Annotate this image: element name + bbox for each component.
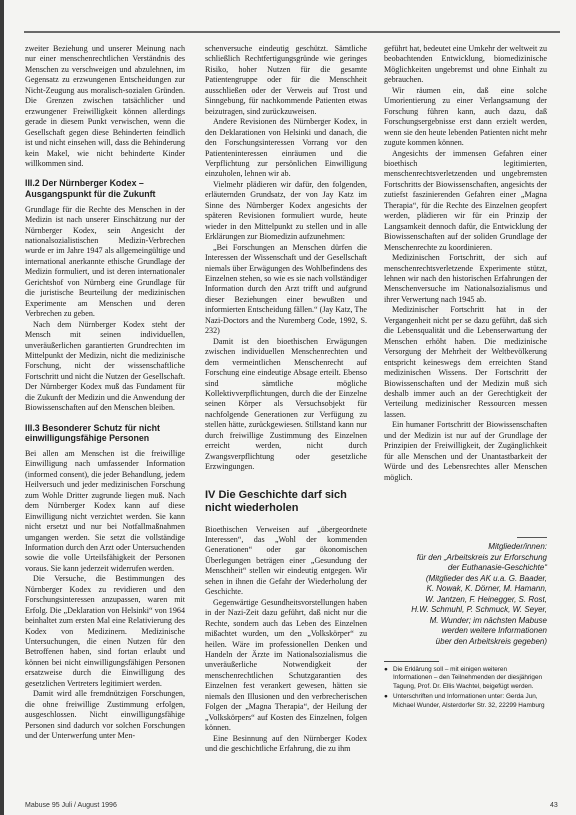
page-binding-edge — [0, 0, 4, 815]
bullet-icon: ● — [384, 693, 388, 701]
signature-line: H.W. Schmuhl, P. Schmuck, W. Seyer, — [384, 605, 547, 616]
paragraph: zweiter Beziehung und unserer Meinung na… — [25, 44, 185, 169]
signature-rule — [517, 537, 547, 538]
paragraph: Wir räumen ein, daß eine solche Umorient… — [384, 86, 547, 149]
column-1: zweiter Beziehung und unserer Meinung na… — [25, 44, 185, 742]
paragraph: Andere Revisionen des Nürnberger Kodex, … — [205, 117, 367, 180]
paragraph: Vielmehr plädieren wir dafür, den folgen… — [205, 180, 367, 243]
bullet-icon: ● — [384, 666, 388, 674]
paragraph: schenversuche eindeutig geschützt. Sämtl… — [205, 44, 367, 117]
footnote-rule — [384, 661, 439, 662]
paragraph: geführt hat, bedeutet eine Umkehr der we… — [384, 44, 547, 86]
signature-line: K. Nowak, K. Dörner, M. Hamann, — [384, 584, 547, 595]
signature-line: M. Wunder; im nächsten Mabuse — [384, 616, 547, 627]
column-2: schenversuche eindeutig geschützt. Sämtl… — [205, 44, 367, 755]
paragraph: Angesichts der immensen Gefahren einer b… — [384, 149, 547, 254]
signature-line: der Euthanasie-Geschichte“ — [384, 563, 547, 574]
section-heading-iii-2: III.2 Der Nürnberger Kodex – Ausgangspun… — [25, 178, 185, 199]
signature-line: W. Jantzen, F. Heinegger, S. Rost, — [384, 595, 547, 606]
footnote: ● Unterschriften und Informationen unter… — [384, 693, 547, 710]
paragraph: Nach dem Nürnberger Kodex steht der Mens… — [25, 320, 185, 414]
paragraph: Gegenwärtige Gesundheitsvorstellungen ha… — [205, 598, 367, 734]
footnote-text: Unterschriften und Informationen unter: … — [393, 693, 545, 708]
paragraph: Die Versuche, die Bestimmungen des Nürnb… — [25, 574, 185, 689]
paragraph: Damit ist den bioethischen Erwägungen zw… — [205, 337, 367, 473]
footer-journal-info: Mabuse 95 Juli / August 1996 — [25, 802, 117, 809]
signature-line: Mitglieder/innen: — [384, 542, 547, 553]
signature-line: (Mitglieder des AK u.a. G. Baader, — [384, 574, 547, 585]
paragraph: Medizinischer Fortschritt hat in der Ver… — [384, 305, 547, 420]
signature-line: über den Arbeitskreis gegeben) — [384, 637, 547, 648]
signature-block: Mitglieder/innen: für den „Arbeitskreis … — [384, 537, 547, 647]
page-number: 43 — [550, 802, 558, 809]
header-rule — [24, 31, 560, 33]
paragraph: Damit wird alle fremdnützigen Forschunge… — [25, 689, 185, 741]
column-3: geführt hat, bedeutet eine Umkehr der we… — [384, 44, 547, 712]
paragraph: Grundlage für die Rechte des Menschen in… — [25, 205, 185, 320]
signature-line: werden weitere Informationen — [384, 626, 547, 637]
section-heading-iv: IV Die Geschichte darf sich nicht wieder… — [205, 489, 367, 515]
paragraph: Ein humaner Fortschritt der Biowissensch… — [384, 420, 547, 483]
paragraph: Eine Besinnung auf den Nürnberger Kodex … — [205, 734, 367, 755]
paragraph: Bioethischen Verweisen auf „übergeordnet… — [205, 525, 367, 598]
paragraph: Bei allen am Menschen ist die freiwillig… — [25, 449, 185, 574]
section-heading-iii-3: III.3 Besonderer Schutz für nicht einwil… — [25, 423, 185, 444]
footnote: ● Die Erklärung soll – mit einigen weite… — [384, 666, 547, 691]
paragraph: Medizinischen Fortschritt, der sich auf … — [384, 253, 547, 305]
footnote-text: Die Erklärung soll – mit einigen weitere… — [393, 666, 542, 690]
signature-line: für den „Arbeitskreis zur Erforschung — [384, 553, 547, 564]
quote-paragraph: „Bei Forschungen an Menschen dürfen die … — [205, 243, 367, 337]
